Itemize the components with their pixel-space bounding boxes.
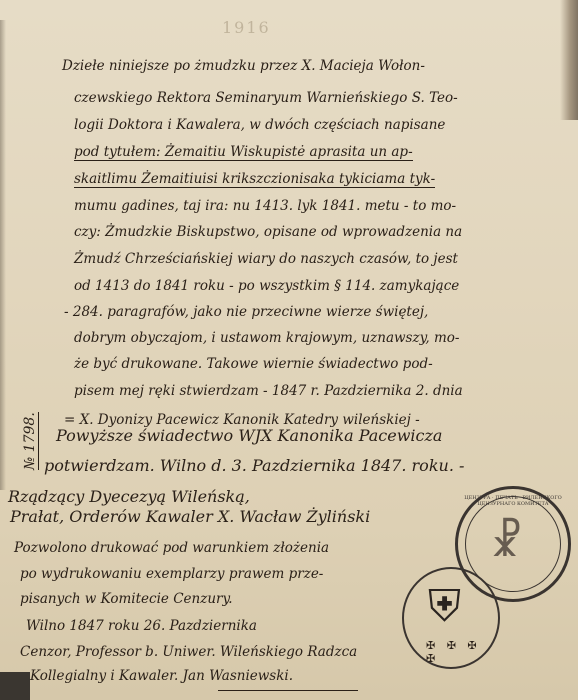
order-crosses: ✠ ✠ ✠ ✠ bbox=[426, 639, 498, 665]
torn-edge-right bbox=[560, 0, 578, 120]
censor-line: pisanych w Komitecie Cenzury. bbox=[20, 591, 233, 607]
confirmation-signature: Prałat, Orderów Kawaler X. Wacław Żylińs… bbox=[10, 509, 370, 525]
censor-line: Cenzor, Professor b. Uniwer. Wileńskiego… bbox=[20, 644, 357, 660]
stamp-label: ЦЕНЗУРА · ПЕЧАТЬ · ВИЛЕНСКОГО ЦЕНЗУРНАГО… bbox=[458, 495, 568, 507]
double-headed-eagle-icon: ☧ bbox=[490, 517, 523, 566]
folio-mark: 1916 bbox=[222, 18, 271, 37]
page-edge-left bbox=[0, 20, 6, 490]
body-line: czewskiego Rektora Seminaryum Warnieński… bbox=[74, 90, 458, 106]
body-line: logii Doktora i Kawalera, w dwóch części… bbox=[74, 117, 445, 133]
body-line: Dziełe niniejsze po żmudzku przez X. Mac… bbox=[62, 58, 425, 74]
censor-line: Wilno 1847 roku 26. Pazdziernika bbox=[26, 618, 257, 634]
registry-number: № 1798. bbox=[22, 412, 39, 470]
body-line: dobrym obyczajom, i ustawom krajowym, uz… bbox=[74, 330, 460, 346]
body-line: Żmudź Chrześciańskiej wiary do naszych c… bbox=[74, 251, 458, 267]
episcopal-seal: ⛨ ✠ ✠ ✠ ✠ bbox=[402, 567, 500, 669]
body-line: czy: Żmudzkie Biskupstwo, opisane od wpr… bbox=[74, 224, 462, 240]
confirmation-line: Rządzący Dyecezyą Wileńską, bbox=[8, 489, 250, 505]
censor-line: po wydrukowaniu exemplarzy prawem prze- bbox=[20, 566, 323, 582]
body-line: pod tytułem: Żemaitiu Wiskupistė aprasit… bbox=[74, 144, 413, 161]
body-line: od 1413 do 1841 roku - po wszystkim § 11… bbox=[74, 278, 459, 294]
confirmation-line: Powyższe świadectwo WJX Kanonika Pacewic… bbox=[56, 428, 442, 444]
signature-underline bbox=[218, 690, 358, 691]
bishop-coat-of-arms-icon: ⛨ bbox=[428, 581, 461, 632]
document-page: 1916 Dziełe niniejsze po żmudzku przez X… bbox=[0, 0, 578, 700]
body-line: skaitlimu Żemaitiuisi krikszczionisaka t… bbox=[74, 171, 435, 188]
body-line: - 284. paragrafów, jako nie przeciwne wi… bbox=[64, 304, 428, 320]
body-line: że być drukowane. Takowe wiernie świadec… bbox=[74, 356, 433, 372]
confirmation-line: potwierdzam. Wilno d. 3. Pazdziernika 18… bbox=[44, 458, 464, 474]
torn-corner bbox=[0, 672, 30, 700]
body-line: pisem mej ręki stwierdzam - 1847 r. Pazd… bbox=[74, 383, 463, 399]
body-line: mumu gadines, taj ira: nu 1413. lyk 1841… bbox=[74, 198, 456, 214]
censor-signature: Kollegialny i Kawaler. Jan Wasniewski. bbox=[30, 668, 293, 684]
censor-line: Pozwolono drukować pod warunkiem złożeni… bbox=[14, 540, 329, 556]
